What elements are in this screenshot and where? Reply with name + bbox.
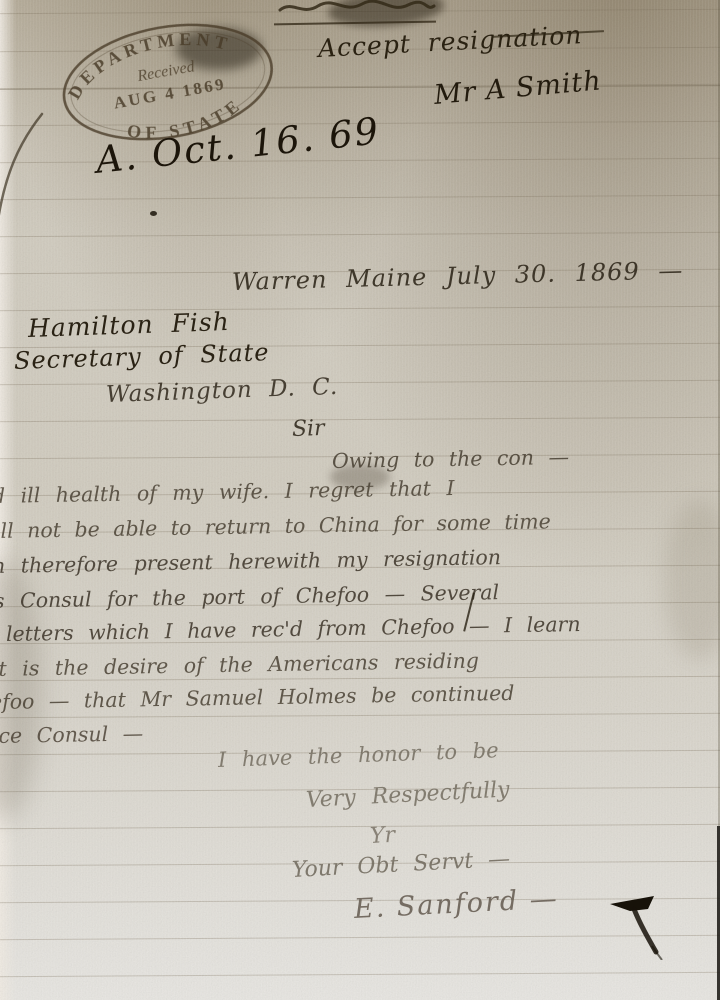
body-line: Owing to the con — — [332, 447, 569, 472]
closing-line-2: Very Respectfully — [305, 779, 510, 812]
address-line-3: Washington D. C. — [106, 376, 339, 407]
accept-resignation-note: Accept resignation — [317, 22, 583, 61]
dateline: Warren Maine July 30. 1869 — — [232, 258, 684, 294]
shade-right-mid — [664, 500, 720, 660]
address-line-1: Hamilton Fish — [28, 309, 231, 341]
closing-line-3: Yr — [369, 825, 395, 848]
page-curl-arc — [0, 112, 46, 224]
body-line: s Consul for the port of Chefoo — Severa… — [0, 582, 499, 611]
body-line: letters which I have rec'd from Chefoo —… — [6, 614, 581, 645]
address-line-2: Secretary of State — [14, 340, 270, 373]
ink-dot — [150, 211, 157, 216]
body-line: efoo — that Mr Samuel Holmes be continue… — [0, 683, 515, 713]
addressee-note: Mr A Smith — [433, 67, 603, 109]
body-line: ice Consul — — [0, 723, 143, 746]
body-line: ill not be able to return to China for s… — [0, 511, 551, 541]
closing-line-1: I have the honor to be — [218, 740, 499, 771]
bold-arrow-mark — [606, 892, 668, 960]
cutoff-script-fragment — [278, 0, 438, 20]
salutation: Sir — [292, 418, 325, 441]
signature: E. Sanford — — [353, 885, 559, 923]
stamp-date-text: AUG 4 1869 — [112, 74, 227, 112]
closing-line-4: Your Obt Servt — — [291, 849, 510, 882]
body-line: d ill health of my wife. I regret that I — [0, 478, 455, 507]
body-line: n therefore present herewith my resignat… — [0, 547, 501, 576]
letter-scan-page: DEPARTMENT Received AUG 4 1869 OF STATE … — [0, 0, 720, 1000]
body-line: it is the desire of the Americans residi… — [0, 651, 479, 680]
underline-stroke-top — [274, 21, 436, 26]
